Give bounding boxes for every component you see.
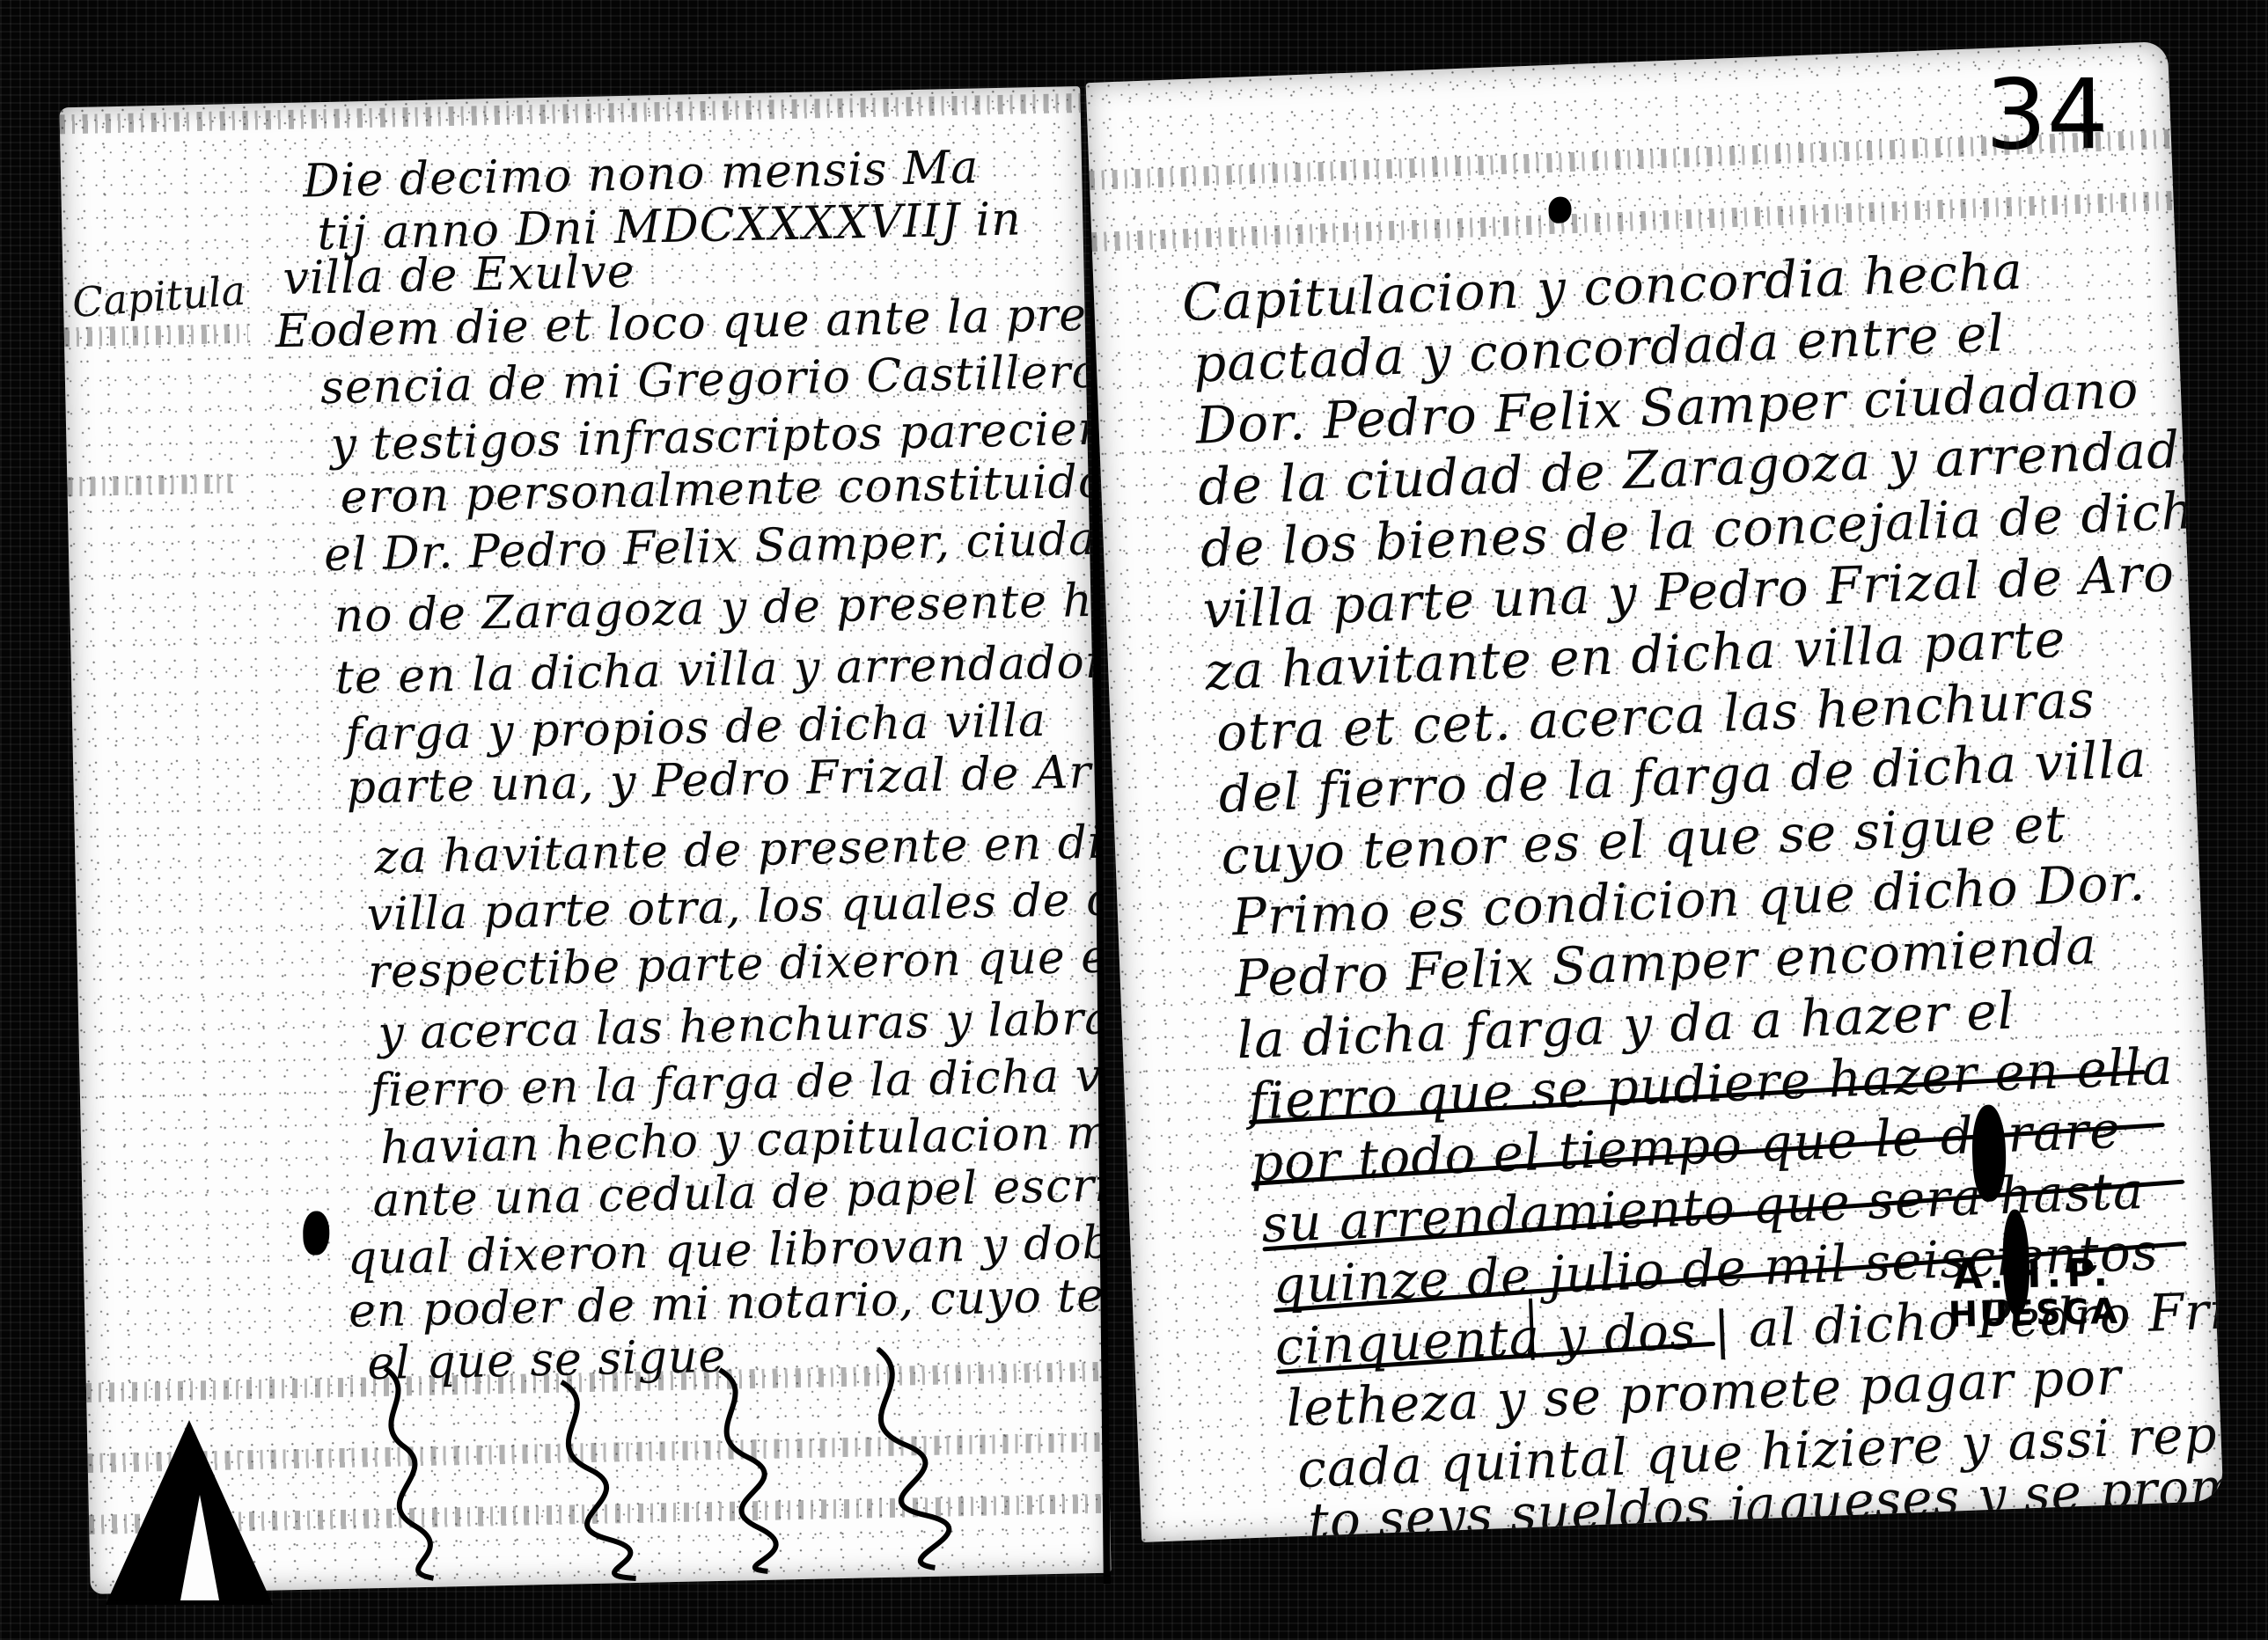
- manuscript-line: fierro en la farga de la dicha villa: [370, 1048, 1111, 1117]
- ink-blot: [303, 1211, 330, 1256]
- bleed-through-text: [64, 324, 248, 347]
- archive-stamp-line1: A.H.P.: [1947, 1253, 2118, 1297]
- archive-stamp: A.H.P. HUESCA: [1947, 1253, 2119, 1334]
- archive-stamp-line2: HUESCA: [1948, 1293, 2119, 1334]
- bookmark-ribbon-gap: [180, 1495, 219, 1600]
- right-page: 34 Capitulacion y concordia hecha pactad…: [1086, 41, 2224, 1542]
- manuscript-line: villa de Exulve: [283, 245, 635, 305]
- left-page: Capitula Die decimo nono mensis Ma tij a…: [59, 86, 1111, 1594]
- bleed-through-text: [67, 473, 231, 496]
- manuscript-line: no de Zaragoza y de presente havitan: [334, 571, 1112, 643]
- manuscript-line: te en la dicha villa y arrendador de la: [334, 633, 1111, 705]
- signature-flourishes: [349, 1347, 970, 1589]
- manuscript-line: za havitante de presente en dicha: [374, 815, 1112, 884]
- margin-note: Capitula: [70, 267, 246, 326]
- manuscript-line: y acerca las henchuras y labrar el: [378, 991, 1112, 1060]
